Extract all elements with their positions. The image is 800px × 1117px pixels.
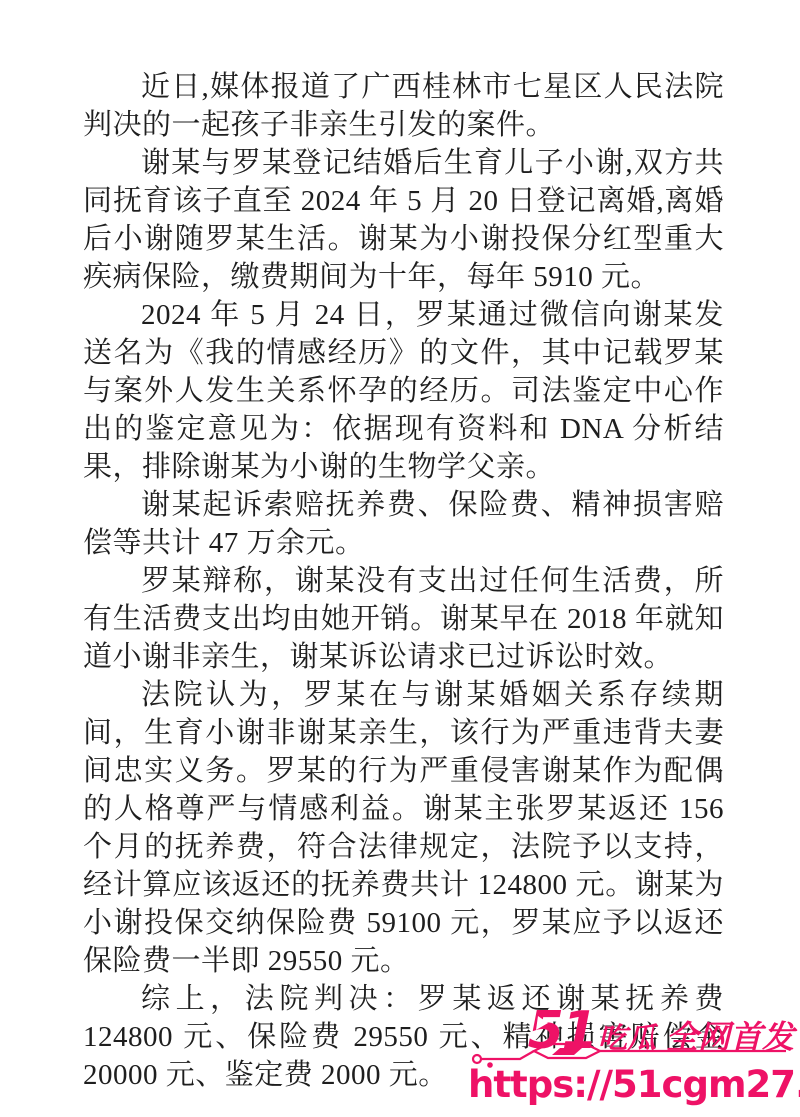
- article-body: 近日,媒体报道了广西桂林市七星区人民法院判决的一起孩子非亲生引发的案件。 谢某与…: [83, 68, 724, 1094]
- paragraph-defense: 罗某辩称，谢某没有支出过任何生活费，所有生活费支出均由她开销。谢某早在 2018…: [83, 562, 724, 676]
- paragraph-intro: 近日,媒体报道了广西桂林市七星区人民法院判决的一起孩子非亲生引发的案件。: [83, 68, 724, 144]
- paragraph-marriage-background: 谢某与罗某登记结婚后生育儿子小谢,双方共同抚育该子直至 2024 年 5 月 2…: [83, 144, 724, 296]
- paragraph-dna-evidence: 2024 年 5 月 24 日，罗某通过微信向谢某发送名为《我的情感经历》的文件…: [83, 296, 724, 486]
- play-icon: [536, 1016, 549, 1030]
- paragraph-claim: 谢某起诉索赔抚养费、保险费、精神损害赔偿等共计 47 万余元。: [83, 486, 724, 562]
- watermark-logo-51: 51: [528, 1009, 596, 1053]
- paragraph-court-opinion: 法院认为，罗某在与谢某婚姻关系存续期间，生育小谢非谢某亲生，该行为严重违背夫妻间…: [83, 676, 724, 980]
- watermark-url: https://51cgm27.com: [468, 1065, 798, 1105]
- watermark-logo-text: 吃瓜: [598, 1023, 656, 1053]
- watermark-tagline: 全网首发: [666, 1021, 794, 1053]
- watermark: 51 吃瓜 全网首发 https://51cgm27.com: [468, 1009, 798, 1105]
- document-page: 近日,媒体报道了广西桂林市七星区人民法院判决的一起孩子非亲生引发的案件。 谢某与…: [0, 0, 800, 1117]
